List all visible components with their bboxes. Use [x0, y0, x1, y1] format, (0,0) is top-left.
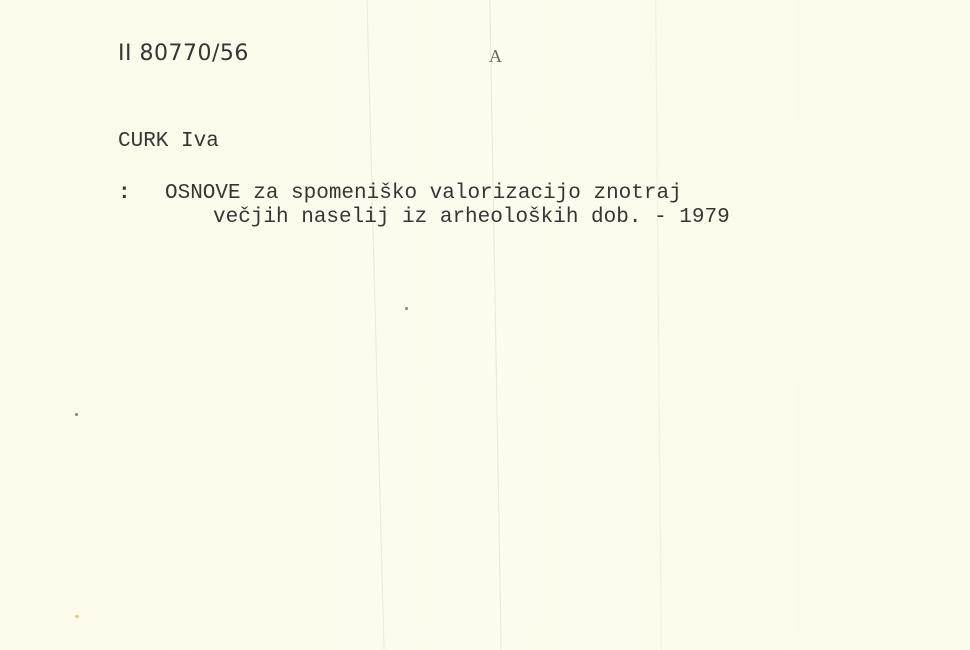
paper-speck [405, 307, 408, 310]
paper-crease [366, 0, 384, 650]
section-marker: A [489, 46, 502, 67]
title-line-2: večjih naselij iz arheoloških dob. - 197… [213, 206, 730, 229]
title-line-1: OSNOVE za spomeniško valorizacijo znotra… [165, 182, 682, 205]
paper-speck [75, 413, 78, 416]
paper-speck [75, 615, 79, 618]
catalog-card: II 80770/56 A CURK Iva : OSNOVE za spome… [0, 0, 970, 650]
call-number: II 80770/56 [118, 41, 249, 66]
title-separator: : [118, 182, 131, 205]
paper-crease [655, 0, 662, 650]
author-name: CURK Iva [118, 130, 219, 153]
paper-crease [489, 0, 501, 650]
